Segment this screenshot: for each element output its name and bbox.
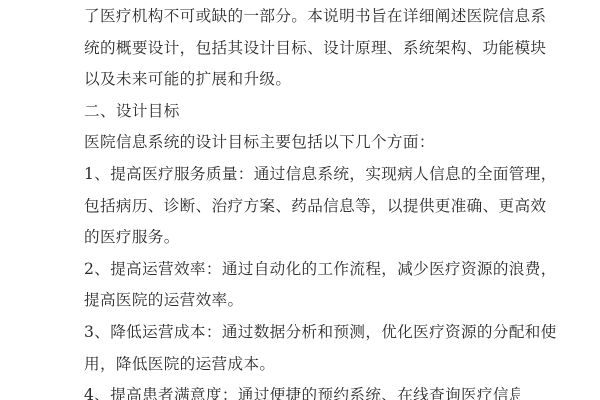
paragraph-line: 医院信息系统的设计目标主要包括以下几个方面： xyxy=(84,127,520,159)
list-item-line: 的医疗服务。 xyxy=(84,222,520,254)
list-item-line: 用，降低医院的运营成本。 xyxy=(84,349,520,381)
list-item-line: 1、提高医疗服务质量：通过信息系统，实现病人信息的全面管理， xyxy=(84,159,520,191)
list-item-line: 3、降低运营成本：通过数据分析和预测，优化医疗资源的分配和使 xyxy=(84,317,520,349)
list-item-line: 提高医院的运营效率。 xyxy=(84,285,520,317)
list-item-line: 包括病历、诊断、治疗方案、药品信息等，以提供更准确、更高效 xyxy=(84,191,520,223)
paragraph-line: 以及未来可能的扩展和升级。 xyxy=(84,64,520,96)
paragraph-line: 了医疗机构不可或缺的一部分。本说明书旨在详细阐述医院信息系 xyxy=(84,1,520,33)
list-item-line: 2、提高运营效率：通过自动化的工作流程，减少医疗资源的浪费， xyxy=(84,254,520,286)
section-heading: 二、设计目标 xyxy=(84,96,520,128)
document-page: 了医疗机构不可或缺的一部分。本说明书旨在详细阐述医院信息系 统的概要设计，包括其… xyxy=(84,1,520,400)
list-item-line: 4、提高患者满意度：通过便捷的预约系统、在线查询医疗信息和支 xyxy=(84,380,520,400)
paragraph-line: 统的概要设计，包括其设计目标、设计原理、系统架构、功能模块 xyxy=(84,33,520,65)
